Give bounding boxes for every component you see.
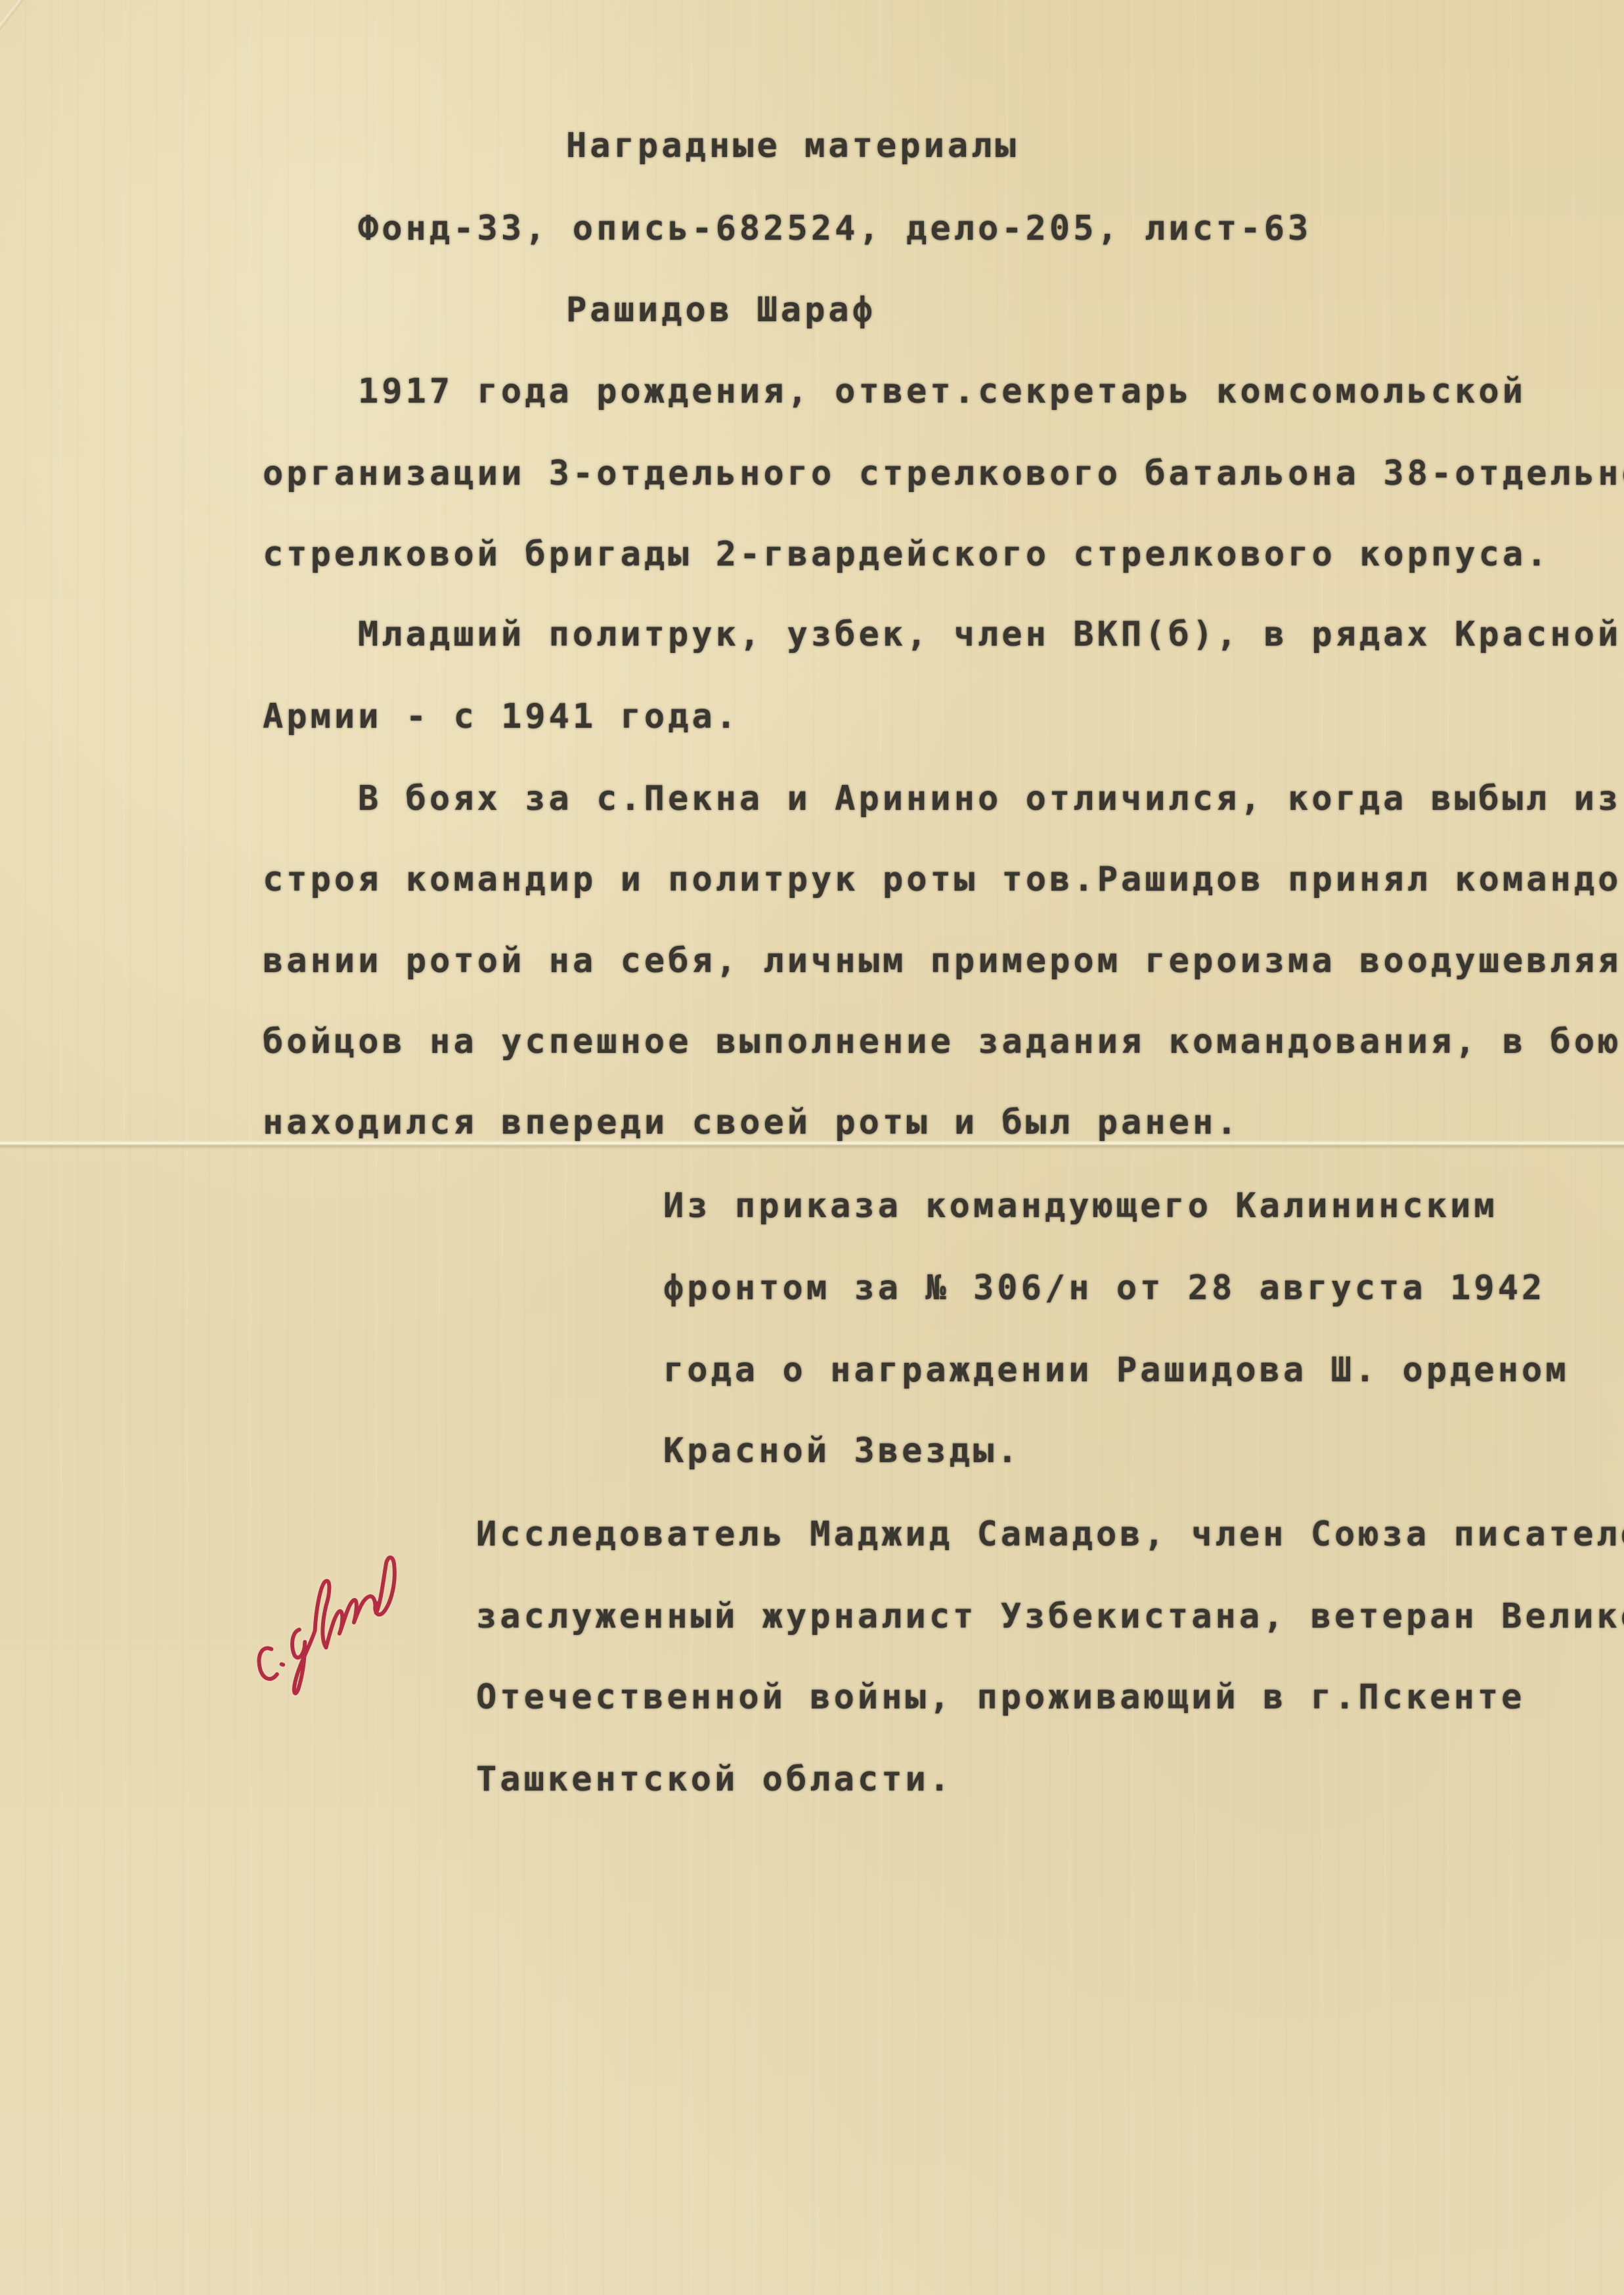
order-line-2: фронтом за № 306/н от 28 августа 1942 <box>663 1271 1545 1305</box>
order-line-4: Красной Звезды. <box>663 1434 1021 1468</box>
deed-line-5: находился впереди своей роты и был ранен… <box>263 1105 1240 1140</box>
researcher-line-2: заслуженный журналист Узбекистана, ветер… <box>476 1599 1624 1634</box>
archive-reference: Фонд-33, опись-682524, дело-205, лист-63 <box>358 212 1311 246</box>
order-line-3: года о награждении Рашидова Ш. орденом <box>663 1353 1569 1387</box>
researcher-line-4: Ташкентской области. <box>476 1762 953 1796</box>
bio-line-2: организации 3-отдельного стрелкового бат… <box>263 457 1624 491</box>
rank-line-1: Младший политрук, узбек, член ВКП(б), в … <box>358 617 1621 652</box>
document-page: Наградные материалы Фонд-33, опись-68252… <box>0 0 1624 2295</box>
researcher-line-3: Отечественной войны, проживающий в г.Пск… <box>476 1680 1525 1714</box>
researcher-line-1: Исследователь Маджид Самадов, член Союза… <box>476 1517 1624 1551</box>
order-line-1: Из приказа командующего Калининским <box>663 1189 1498 1223</box>
deed-line-2: строя командир и политрук роты тов.Рашид… <box>263 862 1624 897</box>
document-title: Наградные материалы <box>566 129 1019 163</box>
corner-crease <box>0 0 43 131</box>
bio-line-1: 1917 года рождения, ответ.секретарь комс… <box>358 374 1526 409</box>
deed-line-1: В боях за с.Пекна и Аринино отличился, к… <box>358 782 1621 816</box>
deed-line-4: бойцов на успешное выполнение задания ко… <box>263 1025 1621 1059</box>
red-handwritten-signature-icon <box>233 1530 430 1714</box>
rank-line-2: Армии - с 1941 года. <box>263 700 739 734</box>
subject-name: Рашидов Шараф <box>566 293 876 327</box>
deed-line-3: вании ротой на себя, личным примером гер… <box>263 944 1621 978</box>
bio-line-3: стрелковой бригады 2-гвардейского стрелк… <box>263 537 1550 571</box>
